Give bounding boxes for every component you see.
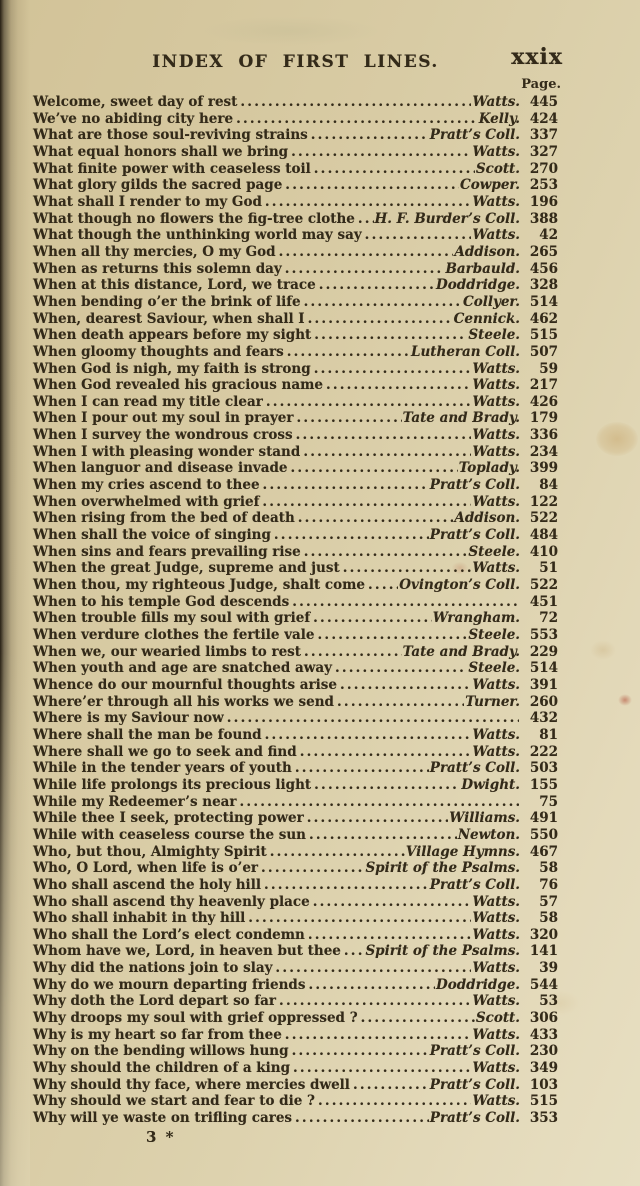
index-entry-row: Who shall ascend thy heavenly place Watt…: [33, 894, 558, 911]
first-line-text: Where’er through all his works we send: [33, 694, 334, 711]
dot-leader: [300, 744, 472, 761]
dot-leader: [262, 494, 471, 511]
author-name: Watts.: [472, 993, 520, 1010]
dot-leader: [270, 844, 405, 861]
author-name: Watts.: [472, 377, 520, 394]
dot-leader: [365, 227, 472, 244]
page-number: 353: [528, 1110, 558, 1127]
first-line-text: Why droops my soul with grief oppressed …: [33, 1010, 358, 1027]
page-number: 234: [528, 444, 558, 461]
first-line-text: Whence do our mournful thoughts arise: [33, 677, 337, 694]
author-name: Watts.: [472, 927, 520, 944]
first-line-text: Why doth the Lord depart so far: [33, 993, 276, 1010]
index-entry-row: When youth and age are snatched away Ste…: [33, 660, 558, 677]
page-number: 445: [528, 94, 558, 111]
first-line-text: Why do we mourn departing friends: [33, 977, 305, 994]
first-line-text: Why should the children of a king: [33, 1060, 290, 1077]
page-number: 507: [528, 344, 558, 361]
page-title: INDEX OF FIRST LINES.: [33, 52, 558, 72]
dot-leader: [295, 760, 429, 777]
author-name: Watts.: [472, 1027, 520, 1044]
index-entry-row: Who, but thou, Almighty Spirit Village H…: [33, 844, 558, 861]
author-name: Steele.: [468, 627, 520, 644]
first-line-text: Why should thy face, where mercies dwell: [33, 1077, 350, 1094]
index-entry-row: When bending o’er the brink of life Coll…: [33, 294, 558, 311]
dot-leader: [308, 311, 453, 328]
first-line-text: When I with pleasing wonder stand: [33, 444, 300, 461]
author-name: Turner.: [465, 694, 520, 711]
page-number: 75: [528, 794, 558, 811]
dot-leader: [292, 1043, 429, 1060]
page-number: 76: [528, 877, 558, 894]
author-name: Watts.: [472, 560, 520, 577]
dot-leader: [274, 527, 429, 544]
index-entry-row: Why on the bending willows hung Pratt’s …: [33, 1043, 558, 1060]
first-line-text: When thou, my righteous Judge, shalt com…: [33, 577, 365, 594]
index-entry-row: When rising from the bed of death Addiso…: [33, 510, 558, 527]
dot-leader: [292, 594, 519, 611]
first-line-text: When, dearest Saviour, when shall I: [33, 311, 305, 328]
dot-leader: [304, 294, 462, 311]
first-line-text: When my cries ascend to thee: [33, 477, 260, 494]
index-entry-row: Why droops my soul with grief oppressed …: [33, 1010, 558, 1027]
first-line-text: Who shall ascend thy heavenly place: [33, 894, 310, 911]
index-entry-row: When I pour out my soul in prayer Tate a…: [33, 410, 558, 427]
index-entry-row: When overwhelmed with grief Watts. 122: [33, 494, 558, 511]
first-line-text: What though the unthinking world may say: [33, 227, 362, 244]
page-number: 544: [528, 977, 558, 994]
page-number: 399: [528, 460, 558, 477]
author-name: Watts.: [472, 727, 520, 744]
dot-leader: [304, 644, 402, 661]
dot-leader: [279, 244, 454, 261]
index-entry-row: When I can read my title clear Watts. 42…: [33, 394, 558, 411]
index-entry-row: What shall I render to my God Watts. 196: [33, 194, 558, 211]
first-line-text: When to his temple God descends: [33, 594, 289, 611]
index-entry-row: Where shall the man be found Watts. 81: [33, 727, 558, 744]
author-name: Lutheran Coll.: [411, 344, 520, 361]
index-entry-row: When thou, my righteous Judge, shalt com…: [33, 577, 558, 594]
page-number: 260: [528, 694, 558, 711]
index-entry-row: What finite power with ceaseless toil Sc…: [33, 161, 558, 178]
dot-leader: [275, 960, 471, 977]
page-number: 122: [528, 494, 558, 511]
dot-leader: [314, 161, 475, 178]
first-line-text: When I can read my title clear: [33, 394, 263, 411]
dot-leader: [340, 677, 471, 694]
dot-leader: [297, 410, 402, 427]
dot-leader: [303, 444, 471, 461]
page-number: 515: [528, 1093, 558, 1110]
page-number: 84: [528, 477, 558, 494]
first-line-text: When God revealed his gracious name: [33, 377, 323, 394]
first-line-text: Welcome, sweet day of rest: [33, 94, 237, 111]
author-name: Collyer.: [463, 294, 520, 311]
page-column-label: Page.: [521, 77, 561, 92]
dot-leader: [266, 394, 472, 411]
author-name: Watts.: [472, 444, 520, 461]
index-entry-row: When all thy mercies, O my God Addison. …: [33, 244, 558, 261]
index-entry-row: Why is my heart so far from thee Watts. …: [33, 1027, 558, 1044]
page-gutter-shadow-fade: [0, 0, 30, 1186]
page-number: 349: [528, 1060, 558, 1077]
page-number: 155: [528, 777, 558, 794]
first-line-text: Whom have we, Lord, in heaven but thee: [33, 943, 341, 960]
index-entry-row: When gloomy thoughts and fears Lutheran …: [33, 344, 558, 361]
index-entry-row: While life prolongs its precious light D…: [33, 777, 558, 794]
first-line-text: When youth and age are snatched away: [33, 660, 332, 677]
first-line-text: Who, but thou, Almighty Spirit: [33, 844, 267, 861]
paper-stain: [590, 640, 616, 660]
page-number: 222: [528, 744, 558, 761]
dot-leader: [263, 477, 429, 494]
page-number: 424: [528, 111, 558, 128]
dot-leader: [326, 377, 472, 394]
first-line-text: What are those soul-reviving strains: [33, 127, 308, 144]
author-name: Watts.: [472, 144, 520, 161]
index-entry-row: Whence do our mournful thoughts arise Wa…: [33, 677, 558, 694]
index-entry-row: When trouble fills my soul with grief Wr…: [33, 610, 558, 627]
dot-leader: [368, 577, 398, 594]
author-name: Steele.: [468, 327, 520, 344]
page-number: 306: [528, 1010, 558, 1027]
author-name: Addison.: [454, 244, 520, 261]
first-line-text: Who shall the Lord’s elect condemn: [33, 927, 305, 944]
page-number: 514: [528, 660, 558, 677]
first-line-text: Where is my Saviour now: [33, 710, 224, 727]
author-name: Cowper.: [460, 177, 520, 194]
dot-leader: [291, 460, 458, 477]
author-name: Pratt’s Coll.: [430, 1077, 520, 1094]
page-number: 81: [528, 727, 558, 744]
page-number: 433: [528, 1027, 558, 1044]
page-number: 491: [528, 810, 558, 827]
page-number: 503: [528, 760, 558, 777]
author-name: Pratt’s Coll.: [430, 877, 520, 894]
index-entry-row: What though no flowers the fig-tree clot…: [33, 211, 558, 228]
dot-leader: [293, 1060, 471, 1077]
page-number: 410: [528, 544, 558, 561]
first-line-text: When bending o’er the brink of life: [33, 294, 301, 311]
first-line-text: Where shall the man be found: [33, 727, 262, 744]
page-number: 327: [528, 144, 558, 161]
dot-leader: [265, 727, 472, 744]
first-line-text: What shall I render to my God: [33, 194, 262, 211]
first-line-text: When languor and disease invade: [33, 460, 288, 477]
first-line-text: When rising from the bed of death: [33, 510, 295, 527]
author-name: Village Hymns.: [406, 844, 520, 861]
first-line-text: When trouble fills my soul with grief: [33, 610, 310, 627]
page-number: 42: [528, 227, 558, 244]
first-line-text: When verdure clothes the fertile vale: [33, 627, 315, 644]
index-entry-row: Where’er through all his works we send T…: [33, 694, 558, 711]
first-line-text: While my Redeemer’s near: [33, 794, 237, 811]
first-line-text: While in the tender years of youth: [33, 760, 292, 777]
index-entry-row: Where shall we go to seek and find Watts…: [33, 744, 558, 761]
dot-leader: [279, 993, 471, 1010]
page-number: 51: [528, 560, 558, 577]
index-entry-row: Why do we mourn departing friends Doddri…: [33, 977, 558, 994]
index-entry-row: Who shall ascend the holy hill Pratt’s C…: [33, 877, 558, 894]
first-line-text: While thee I seek, protecting power: [33, 810, 304, 827]
index-entry-row: What though the unthinking world may say…: [33, 227, 558, 244]
dot-leader: [240, 794, 519, 811]
dot-leader: [291, 144, 471, 161]
page-number: 467: [528, 844, 558, 861]
author-name: Scott.: [476, 1010, 520, 1027]
author-name: Tate and Brady.: [403, 410, 520, 427]
author-name: Watts.: [472, 960, 520, 977]
author-name: Watts.: [472, 744, 520, 761]
author-name: Steele.: [468, 660, 520, 677]
dot-leader: [227, 710, 519, 727]
index-entry-row: Whom have we, Lord, in heaven but thee S…: [33, 943, 558, 960]
dot-leader: [296, 427, 472, 444]
author-name: H. F. Burder’s Coll.: [375, 211, 520, 228]
dot-leader: [240, 94, 471, 111]
author-name: Scott.: [476, 161, 520, 178]
dot-leader: [295, 1110, 429, 1127]
author-name: Pratt’s Coll.: [430, 127, 520, 144]
page-number: 515: [528, 327, 558, 344]
index-entry-row: When the great Judge, supreme and just W…: [33, 560, 558, 577]
page-number: 462: [528, 311, 558, 328]
first-line-text: When death appears before my sight: [33, 327, 311, 344]
page-number: 426: [528, 394, 558, 411]
index-entry-row: While my Redeemer’s near 75: [33, 794, 558, 811]
first-line-text: What though no flowers the fig-tree clot…: [33, 211, 355, 228]
index-entry-row: Who shall the Lord’s elect condemn Watts…: [33, 927, 558, 944]
dot-leader: [313, 610, 432, 627]
dot-leader: [361, 1010, 475, 1027]
author-name: Doddridge.: [436, 977, 520, 994]
dot-leader: [248, 910, 471, 927]
author-name: Williams.: [449, 810, 520, 827]
index-entry-row: When shall the voice of singing Pratt’s …: [33, 527, 558, 544]
first-line-text: What equal honors shall we bring: [33, 144, 288, 161]
first-line-text: When shall the voice of singing: [33, 527, 271, 544]
first-line-text: Why is my heart so far from thee: [33, 1027, 282, 1044]
dot-leader: [298, 510, 454, 527]
dot-leader: [308, 927, 472, 944]
index-entry-row: Why should thy face, where mercies dwell…: [33, 1077, 558, 1094]
first-line-text: When sins and fears prevailing rise: [33, 544, 301, 561]
page-number: 432: [528, 710, 558, 727]
dot-leader: [358, 211, 374, 228]
page-number: 103: [528, 1077, 558, 1094]
first-line-text: Where shall we go to seek and find: [33, 744, 297, 761]
index-entry-row: When God is nigh, my faith is strong Wat…: [33, 361, 558, 378]
page-number: 59: [528, 361, 558, 378]
first-line-text: Why will ye waste on trifling cares: [33, 1110, 292, 1127]
first-line-text: Who shall ascend the holy hill: [33, 877, 261, 894]
page-number: 522: [528, 510, 558, 527]
index-entry-row: While thee I seek, protecting power Will…: [33, 810, 558, 827]
first-line-text: Who shall inhabit in thy hill: [33, 910, 245, 927]
author-name: Pratt’s Coll.: [430, 760, 520, 777]
first-line-text: What finite power with ceaseless toil: [33, 161, 311, 178]
page-number: 451: [528, 594, 558, 611]
dot-leader: [265, 194, 472, 211]
page-number: 484: [528, 527, 558, 544]
paper-stain: [596, 422, 638, 456]
author-name: Watts.: [472, 677, 520, 694]
first-line-text: When at this distance, Lord, we trace: [33, 277, 316, 294]
dot-leader: [285, 1027, 472, 1044]
first-line-text: What glory gilds the sacred page: [33, 177, 282, 194]
dot-leader: [287, 344, 410, 361]
page-number: 58: [528, 860, 558, 877]
author-name: Kelly.: [479, 111, 520, 128]
first-line-text: Why should we start and fear to die ?: [33, 1093, 315, 1110]
index-entry-row: When languor and disease invade Toplady.…: [33, 460, 558, 477]
first-line-text: When I pour out my soul in prayer: [33, 410, 294, 427]
dot-leader: [337, 694, 464, 711]
author-name: Cennick.: [454, 311, 520, 328]
index-entry-row: Where is my Saviour now 432: [33, 710, 558, 727]
index-entry-row: Why should we start and fear to die ? Wa…: [33, 1093, 558, 1110]
dot-leader: [318, 1093, 472, 1110]
author-name: Newton.: [458, 827, 520, 844]
index-entry-row: When I survey the wondrous cross Watts. …: [33, 427, 558, 444]
dot-leader: [314, 327, 467, 344]
dot-leader: [343, 560, 472, 577]
dot-leader: [314, 777, 460, 794]
index-entry-row: When death appears before my sight Steel…: [33, 327, 558, 344]
first-line-text: When as returns this solemn day: [33, 261, 282, 278]
dot-leader: [313, 894, 472, 911]
index-entry-row: While in the tender years of youth Pratt…: [33, 760, 558, 777]
author-name: Watts.: [472, 894, 520, 911]
first-line-text: When overwhelmed with grief: [33, 494, 259, 511]
first-line-text: When God is nigh, my faith is strong: [33, 361, 311, 378]
index-entry-row: When to his temple God descends 451: [33, 594, 558, 611]
author-name: Watts.: [472, 427, 520, 444]
page-number: 253: [528, 177, 558, 194]
index-entry-row: When, dearest Saviour, when shall I Cenn…: [33, 311, 558, 328]
dot-leader: [308, 977, 435, 994]
index-entry-row: When we, our wearied limbs to rest Tate …: [33, 644, 558, 661]
author-name: Dwight.: [461, 777, 520, 794]
page-number: 217: [528, 377, 558, 394]
author-name: Pratt’s Coll.: [430, 1110, 520, 1127]
dot-leader: [318, 627, 468, 644]
first-line-text: When the great Judge, supreme and just: [33, 560, 340, 577]
index-entry-row: We’ve no abiding city here Kelly. 424: [33, 111, 558, 128]
page-number: 337: [528, 127, 558, 144]
first-line-text: When I survey the wondrous cross: [33, 427, 293, 444]
dot-leader: [353, 1077, 429, 1094]
author-name: Addison.: [454, 510, 520, 527]
index-entry-row: What are those soul-reviving strains Pra…: [33, 127, 558, 144]
dot-leader: [304, 544, 468, 561]
author-name: Watts.: [472, 94, 520, 111]
first-line-text: When gloomy thoughts and fears: [33, 344, 284, 361]
first-line-text: Who, O Lord, when life is o’er: [33, 860, 258, 877]
author-name: Steele.: [468, 544, 520, 561]
page-number: 456: [528, 261, 558, 278]
index-entry-row: Why should the children of a king Watts.…: [33, 1060, 558, 1077]
first-line-text: When all thy mercies, O my God: [33, 244, 276, 261]
page-number: 320: [528, 927, 558, 944]
index-entry-row: When verdure clothes the fertile vale St…: [33, 627, 558, 644]
page-number: 336: [528, 427, 558, 444]
author-name: Watts.: [472, 227, 520, 244]
page-number: 553: [528, 627, 558, 644]
index-entry-row: When God revealed his gracious name Watt…: [33, 377, 558, 394]
dot-leader: [236, 111, 478, 128]
author-name: Barbauld.: [445, 261, 520, 278]
page-number: 230: [528, 1043, 558, 1060]
page-number: 39: [528, 960, 558, 977]
first-line-text: When we, our wearied limbs to rest: [33, 644, 301, 661]
author-name: Watts.: [472, 910, 520, 927]
dot-leader: [285, 261, 445, 278]
author-name: Watts.: [472, 1060, 520, 1077]
paper-stain: [200, 16, 380, 46]
author-name: Pratt’s Coll.: [430, 477, 520, 494]
page-number: 328: [528, 277, 558, 294]
page-number: 391: [528, 677, 558, 694]
author-name: Watts.: [472, 394, 520, 411]
dot-leader: [311, 127, 429, 144]
dot-leader: [285, 177, 459, 194]
author-name: Watts.: [472, 194, 520, 211]
page-number: 229: [528, 644, 558, 661]
author-name: Tate and Brady.: [403, 644, 520, 661]
page-number: 270: [528, 161, 558, 178]
index-entry-row: When sins and fears prevailing rise Stee…: [33, 544, 558, 561]
page-number: 57: [528, 894, 558, 911]
author-name: Doddridge.: [436, 277, 520, 294]
index-entry-row: Why will ye waste on trifling cares Prat…: [33, 1110, 558, 1127]
index-entry-row: While with ceaseless course the sun Newt…: [33, 827, 558, 844]
author-name: Toplady.: [459, 460, 520, 477]
index-entry-row: When at this distance, Lord, we trace Do…: [33, 277, 558, 294]
author-name: Spirit of the Psalms.: [365, 860, 520, 877]
index-entries-list: Welcome, sweet day of rest Watts. 445 We…: [33, 94, 558, 1127]
author-name: Spirit of the Psalms.: [365, 943, 520, 960]
paper-stain: [618, 694, 632, 706]
index-entry-row: Welcome, sweet day of rest Watts. 445: [33, 94, 558, 111]
dot-leader: [314, 361, 472, 378]
dot-leader: [344, 943, 365, 960]
dot-leader: [261, 860, 364, 877]
index-entry-row: When my cries ascend to thee Pratt’s Col…: [33, 477, 558, 494]
page-number: 265: [528, 244, 558, 261]
page-number: 550: [528, 827, 558, 844]
dot-leader: [307, 810, 449, 827]
author-name: Ovington’s Coll.: [399, 577, 520, 594]
index-entry-row: What equal honors shall we bring Watts. …: [33, 144, 558, 161]
index-entry-row: Why did the nations join to slay Watts. …: [33, 960, 558, 977]
first-line-text: Why did the nations join to slay: [33, 960, 272, 977]
page-number: 522: [528, 577, 558, 594]
author-name: Pratt’s Coll.: [430, 1043, 520, 1060]
page-number: 388: [528, 211, 558, 228]
index-entry-row: Who shall inhabit in thy hill Watts. 58: [33, 910, 558, 927]
dot-leader: [335, 660, 467, 677]
page-number: 72: [528, 610, 558, 627]
index-entry-row: What glory gilds the sacred page Cowper.…: [33, 177, 558, 194]
author-name: Watts.: [472, 1093, 520, 1110]
page-number: 514: [528, 294, 558, 311]
scanned-book-page: INDEX OF FIRST LINES. xxix Page. Welcome…: [0, 0, 640, 1186]
page-number: 179: [528, 410, 558, 427]
author-name: Pratt’s Coll.: [430, 527, 520, 544]
page-number: 58: [528, 910, 558, 927]
index-entry-row: When I with pleasing wonder stand Watts.…: [33, 444, 558, 461]
